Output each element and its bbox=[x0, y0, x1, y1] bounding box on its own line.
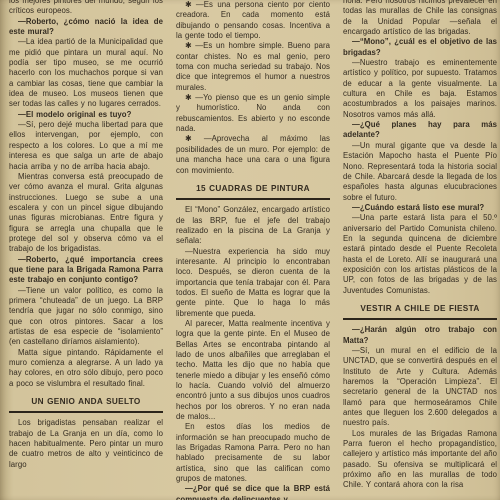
column-middle: ✱ —Es una persona ciento por ciento crea… bbox=[176, 0, 330, 500]
magazine-page: los mejores pintores del mundo, según lo… bbox=[0, 0, 500, 500]
section-header-15-cuadras-de-pintura: 15 CUADRAS DE PINTURA bbox=[176, 179, 330, 200]
interview-question: —¿Qué planes hay para más adelante? bbox=[343, 120, 497, 141]
bullet-paragraph: ✱ —Es una persona ciento por ciento crea… bbox=[176, 0, 330, 41]
paragraph: Al parecer, Matta realmente incentiva y … bbox=[176, 319, 330, 422]
interview-question: —¿Cuándo estará listo ese mural? bbox=[343, 203, 497, 213]
paragraph: los mejores pintores del mundo, según lo… bbox=[9, 0, 163, 17]
interview-question: —¿Harán algún otro trabajo con Matta? bbox=[343, 325, 497, 346]
column-left: los mejores pintores del mundo, según lo… bbox=[9, 0, 163, 500]
interview-question: —Roberto, ¿cómo nació la idea de este mu… bbox=[9, 17, 163, 38]
bullet-paragraph: ✱ —Es un hombre simple. Bueno para conta… bbox=[176, 41, 330, 93]
bullet-paragraph: ✱ —Yo pienso que es un genio simple y hu… bbox=[176, 93, 330, 134]
interview-question: —¿Por qué se dice que la BRP está compue… bbox=[176, 484, 330, 500]
interview-question: —“Mono”, ¿cuál es el objetivo de las bri… bbox=[343, 37, 497, 58]
paragraph: ñona. Pero nosotros hicimos prevalecer e… bbox=[343, 0, 497, 37]
paragraph: —Sí, pero dejé mucha libertad para que e… bbox=[9, 120, 163, 172]
paragraph: Los brigadistas pensaban realizar el tra… bbox=[9, 418, 163, 470]
paragraph: Matta sigue pintando. Rápidamente el mur… bbox=[9, 348, 163, 389]
paragraph: —Sí, un mural en el edificio de la UNCTA… bbox=[343, 346, 497, 429]
interview-question: —Roberto, ¿qué importancia crees que tie… bbox=[9, 255, 163, 286]
paragraph: —La idea partió de la Municipalidad que … bbox=[9, 37, 163, 109]
paragraph: —Nuestro trabajo es eminentemente artíst… bbox=[343, 58, 497, 120]
section-header-un-genio-anda-suelto: UN GENIO ANDA SUELTO bbox=[9, 392, 163, 413]
paragraph: El “Mono” González, encargado artístico … bbox=[176, 205, 330, 246]
paragraph: —Un mural gigante que va desde la Estaci… bbox=[343, 141, 497, 203]
paragraph: Los murales de las Brigadas Ramona Parra… bbox=[343, 429, 497, 491]
column-right: ñona. Pero nosotros hicimos prevalecer e… bbox=[343, 0, 497, 500]
bullet-paragraph: ✱ —Aprovecha al máximo las posibilidades… bbox=[176, 134, 330, 175]
paragraph: Mientras conversa está preocupado de ver… bbox=[9, 172, 163, 255]
paragraph: —Nuestra experiencia ha sido muy interes… bbox=[176, 247, 330, 319]
section-header-vestir-a-chile-de-fiesta: VESTIR A CHILE DE FIESTA bbox=[343, 299, 497, 320]
interview-question: —El modelo original es tuyo? bbox=[9, 110, 163, 120]
paragraph: —Tiene un valor político, es como la pri… bbox=[9, 286, 163, 348]
paragraph: —Una parte estará lista para el 50.º ani… bbox=[343, 213, 497, 296]
paragraph: En estos días los medios de información … bbox=[176, 422, 330, 484]
